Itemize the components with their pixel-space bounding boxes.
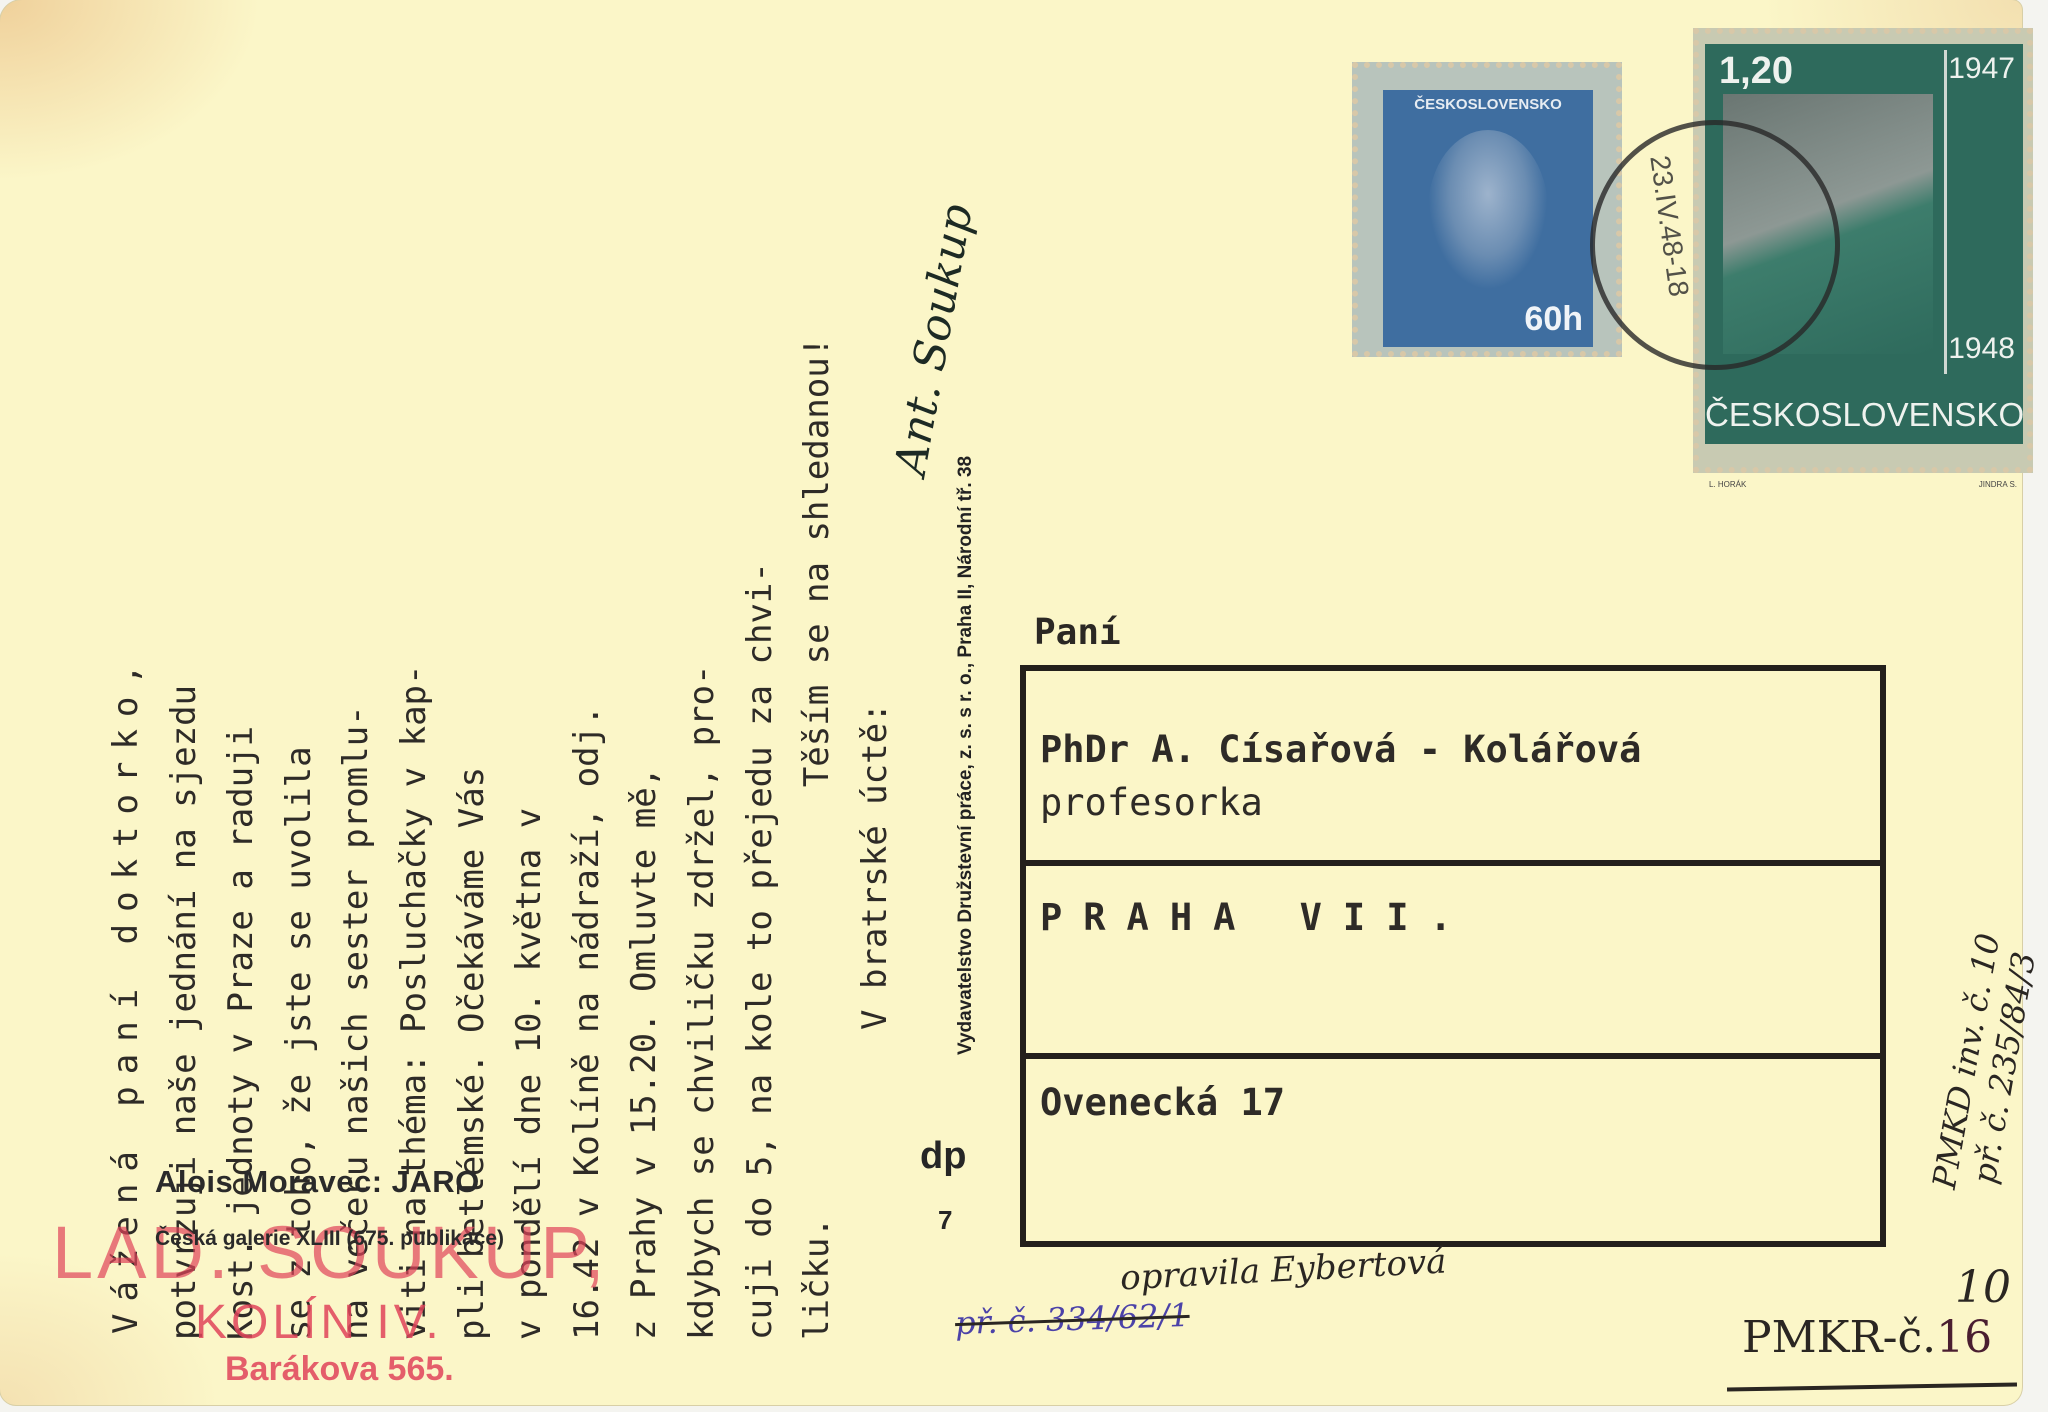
stamp-frame: ČESKOSLOVENSKO 60h <box>1383 90 1593 347</box>
postmark-circle <box>1590 120 1840 370</box>
pmkr-prefix: PMKR-č. <box>1742 1312 1936 1363</box>
struck-reference: př. č. 334/62/1 <box>954 1296 1190 1342</box>
stamp-designer: L. HORÁK <box>1709 480 1746 489</box>
stamp-engraver: JINDRA S. <box>1979 480 2017 489</box>
correction-note: opravila Eybertová <box>1119 1241 1447 1298</box>
publisher-imprint: Vydavatelstvo Družstevní práce, z. s. s … <box>955 456 977 1055</box>
typed-message: Vážená paní doktorko, potvrzuji naše jed… <box>98 20 918 1340</box>
message-closing: Těším se na shledanou! <box>797 337 837 1217</box>
message-line: Kost. jednoty v Praze a raduji <box>213 20 271 1340</box>
recipient-name: PhDr A. Císařová - Kolářová <box>1040 728 1641 771</box>
sender-stamp-street: Barákova 565. <box>225 1350 454 1389</box>
sender-stamp-name: LAD. SOUKUP, <box>52 1210 609 1295</box>
message-line: cuji do 5, na kole to přejedu za chvi- <box>732 20 790 1340</box>
address-divider <box>1026 1053 1880 1059</box>
print-code: dp <box>920 1135 966 1178</box>
stamp-value: 60h <box>1524 300 1583 339</box>
artwork-title: Alois Moravec: JARO <box>155 1164 480 1200</box>
stamp-symbols-panel <box>1944 50 2017 374</box>
recipient-title: profesorka <box>1040 781 1263 824</box>
pmkr-struck-number: 16 <box>1936 1312 1992 1363</box>
address-box: PhDr A. Císařová - Kolářová profesorka P… <box>1020 665 1886 1247</box>
message-line: 16.42 v Kolíně na nádraží, odj. <box>559 20 617 1340</box>
stamp-country: ČESKOSLOVENSKO <box>1383 96 1593 113</box>
recipient-street: Ovenecká 17 <box>1040 1081 1285 1124</box>
stamp-year-start: 1947 <box>1948 52 2015 86</box>
series-info: Česká galerie XLIII (675. publikace) <box>155 1227 504 1251</box>
stamp-year-end: 1948 <box>1948 332 2015 366</box>
stamp-country: ČESKOSLOVENSKO <box>1705 396 2023 434</box>
message-line: ličku.Těším se na shledanou! <box>789 20 847 1340</box>
sender-stamp-city: KOLÍN IV. <box>195 1295 443 1350</box>
message-greeting: Vážená paní doktorko, <box>98 20 156 1340</box>
message-line: na večeru našich sester promlu- <box>328 20 386 1340</box>
message-line-start: ličku. <box>797 1217 837 1340</box>
pmkr-number-correction: 10 <box>1955 1262 2011 1313</box>
message-line: viti na théma: Posluchačky v kap- <box>386 20 444 1340</box>
message-line: kdybych se chviličku zdržel, pro- <box>674 20 732 1340</box>
message-line: se z toho, že jste se uvolila <box>271 20 329 1340</box>
message-line: potvrzuji naše jednání na sjezdu <box>156 20 214 1340</box>
address-divider <box>1026 860 1880 866</box>
stamp-credits: L. HORÁK JINDRA S. <box>1709 480 2017 489</box>
recipient-city: PRAHA VII. <box>1040 896 1473 939</box>
pmkr-underline <box>1727 1382 2017 1391</box>
pmkr-reference: PMKR-č.16 <box>1742 1312 1992 1363</box>
message-line: v pondělí dne 10. května v <box>501 20 559 1340</box>
print-code-number: 7 <box>938 1205 952 1236</box>
stamp-value: 1,20 <box>1719 50 1793 93</box>
postcard: Vážená paní doktorko, potvrzuji naše jed… <box>0 0 2022 1405</box>
portrait-icon <box>1428 130 1548 290</box>
message-sign-off: V bratrské úctě: <box>847 20 905 1340</box>
postage-stamp-portrait: ČESKOSLOVENSKO 60h <box>1352 62 1622 357</box>
message-line: z Prahy v 15.20. Omluvte mě, <box>616 20 674 1340</box>
message-line: pli betlémské. Očekáváme Vás <box>444 20 502 1340</box>
address-salutation: Paní <box>1034 612 1121 653</box>
